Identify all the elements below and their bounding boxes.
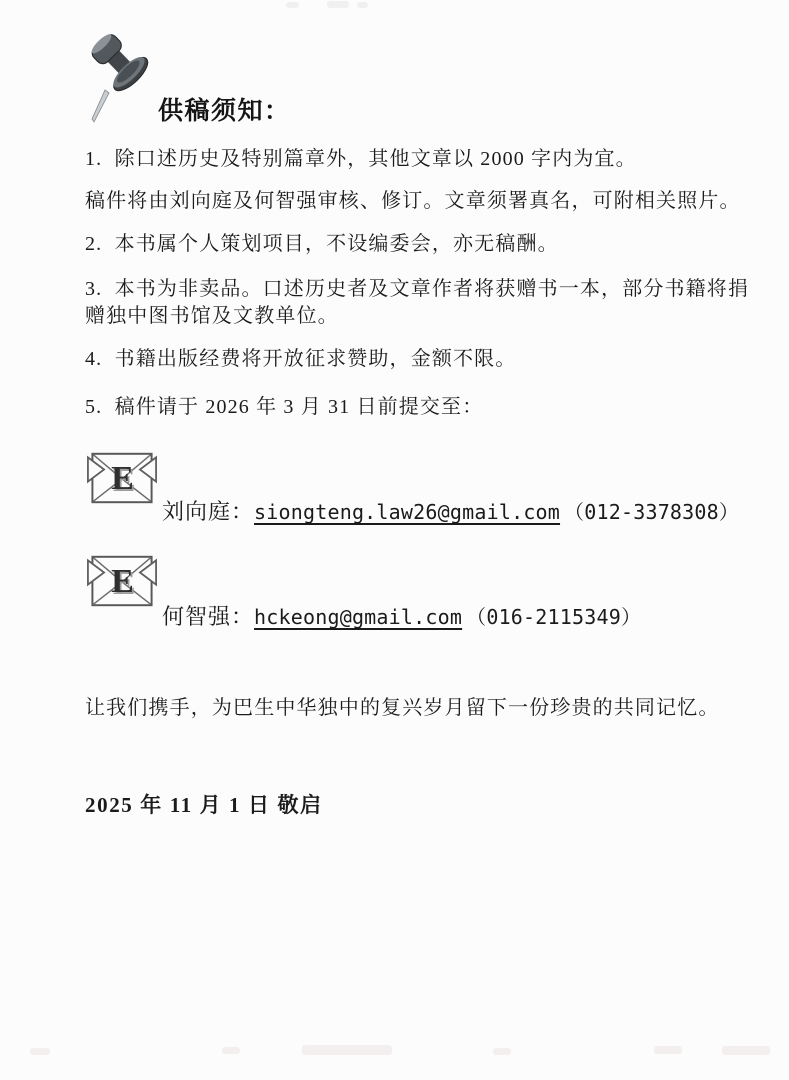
pushpin-icon [84, 38, 158, 126]
signoff-date: 2025 年 11 月 1 日 敬启 [85, 789, 323, 819]
guideline-note: 稿件将由刘向庭及何智强审核、修订。文章须署真名，可附相关照片。 [85, 188, 761, 215]
contact-name-1: 刘向庭： [162, 499, 254, 524]
scan-artifact [30, 1048, 50, 1055]
guideline-item-5: 5. 稿件请于 2026 年 3 月 31 日前提交至： [85, 394, 761, 421]
contact-email-link-2[interactable]: hckeong@gmail.com [254, 605, 462, 629]
contact-row-1: 刘向庭：siongteng.law26@gmail.com（012-337830… [162, 495, 739, 526]
contact-phone-1: （012-3378308） [564, 500, 739, 524]
contact-row-2: 何智强：hckeong@gmail.com（016-2115349） [162, 600, 641, 631]
contact-email-link-1[interactable]: siongteng.law26@gmail.com [254, 500, 560, 524]
email-envelope-icon: E E [86, 452, 158, 504]
contact-phone-2: （016-2115349） [466, 605, 641, 629]
scan-artifact [357, 2, 368, 8]
guideline-item-2: 2. 本书属个人策划项目，不设编委会，亦无稿酬。 [85, 231, 761, 258]
document-page: 供稿须知： 1. 除口述历史及特别篇章外，其他文章以 2000 字内为宜。 稿件… [0, 0, 789, 1080]
scan-artifact [654, 1046, 682, 1054]
email-envelope-icon: E E [86, 555, 158, 607]
scan-artifact [222, 1047, 240, 1054]
scan-artifact [493, 1048, 511, 1055]
envelope-letter: E [111, 563, 134, 600]
scan-artifact [302, 1045, 392, 1055]
guideline-item-3: 3. 本书为非卖品。口述历史者及文章作者将获赠书一本，部分书籍将捐赠独中图书馆及… [85, 276, 761, 330]
guideline-item-4: 4. 书籍出版经费将开放征求赞助，金额不限。 [85, 346, 761, 373]
closing-sentence: 让我们携手，为巴生中华独中的复兴岁月留下一份珍贵的共同记忆。 [85, 695, 761, 722]
scan-artifact [722, 1046, 770, 1055]
scan-artifact [327, 1, 349, 8]
contact-name-2: 何智强： [162, 604, 254, 629]
pushpin-needle [92, 90, 109, 122]
guideline-item-1: 1. 除口述历史及特别篇章外，其他文章以 2000 字内为宜。 [85, 146, 761, 173]
page-title: 供稿须知： [158, 91, 291, 127]
envelope-letter: E [111, 460, 134, 497]
scan-artifact [286, 2, 299, 8]
